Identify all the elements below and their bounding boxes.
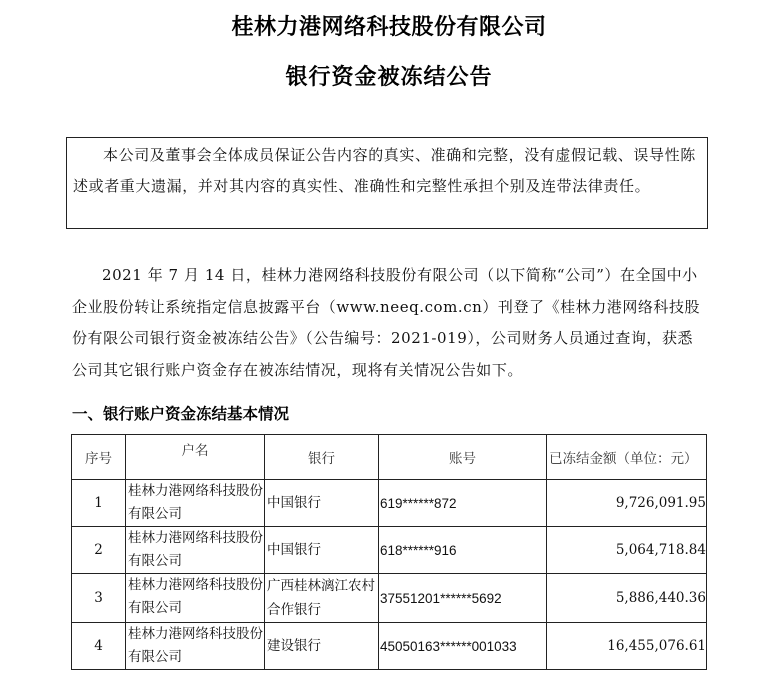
row-account: 37551201******5692 <box>379 574 547 623</box>
row-index: 2 <box>72 527 126 574</box>
document-title: 银行资金被冻结公告 <box>0 60 778 91</box>
company-name: 桂林力港网络科技股份有限公司 <box>0 10 778 41</box>
row-index: 1 <box>72 480 126 527</box>
header-account: 账号 <box>379 435 547 480</box>
table-row: 4 桂林力港网络科技股份有限公司 建设银行 45050163******0010… <box>72 623 707 670</box>
table-row: 3 桂林力港网络科技股份有限公司 广西桂林漓江农村合作银行 37551201**… <box>72 574 707 623</box>
row-bank: 建设银行 <box>265 623 379 670</box>
section-heading: 一、银行账户资金冻结基本情况 <box>72 402 289 424</box>
row-amount: 5,886,440.36 <box>547 574 707 623</box>
header-amount: 已冻结金额（单位：元） <box>547 435 707 480</box>
row-bank: 中国银行 <box>265 527 379 574</box>
announcement-body: 2021 年 7 月 14 日，桂林力港网络科技股份有限公司（以下简称“公司”）… <box>72 260 708 386</box>
table-header-row: 序号 户名 银行 账号 已冻结金额（单位：元） <box>72 435 707 480</box>
table-row: 1 桂林力港网络科技股份有限公司 中国银行 619******872 9,726… <box>72 480 707 527</box>
frozen-accounts-table: 序号 户名 银行 账号 已冻结金额（单位：元） 1 桂林力港网络科技股份有限公司… <box>71 434 707 670</box>
row-owner: 桂林力港网络科技股份有限公司 <box>126 623 265 670</box>
header-owner: 户名 <box>126 435 265 480</box>
row-bank: 广西桂林漓江农村合作银行 <box>265 574 379 623</box>
row-account: 619******872 <box>379 480 547 527</box>
row-owner: 桂林力港网络科技股份有限公司 <box>126 527 265 574</box>
row-amount: 9,726,091.95 <box>547 480 707 527</box>
row-owner: 桂林力港网络科技股份有限公司 <box>126 480 265 527</box>
row-amount: 16,455,076.61 <box>547 623 707 670</box>
row-bank: 中国银行 <box>265 480 379 527</box>
row-owner: 桂林力港网络科技股份有限公司 <box>126 574 265 623</box>
header-bank: 银行 <box>265 435 379 480</box>
table-row: 2 桂林力港网络科技股份有限公司 中国银行 618******916 5,064… <box>72 527 707 574</box>
row-index: 3 <box>72 574 126 623</box>
header-index: 序号 <box>72 435 126 480</box>
row-account: 618******916 <box>379 527 547 574</box>
disclaimer-box: 本公司及董事会全体成员保证公告内容的真实、准确和完整，没有虚假记载、误导性陈述或… <box>66 137 708 229</box>
announcement-paragraph: 2021 年 7 月 14 日，桂林力港网络科技股份有限公司（以下简称“公司”）… <box>72 260 708 386</box>
row-index: 4 <box>72 623 126 670</box>
disclaimer-text: 本公司及董事会全体成员保证公告内容的真实、准确和完整，没有虚假记载、误导性陈述或… <box>73 140 701 202</box>
row-account: 45050163******001033 <box>379 623 547 670</box>
row-amount: 5,064,718.84 <box>547 527 707 574</box>
